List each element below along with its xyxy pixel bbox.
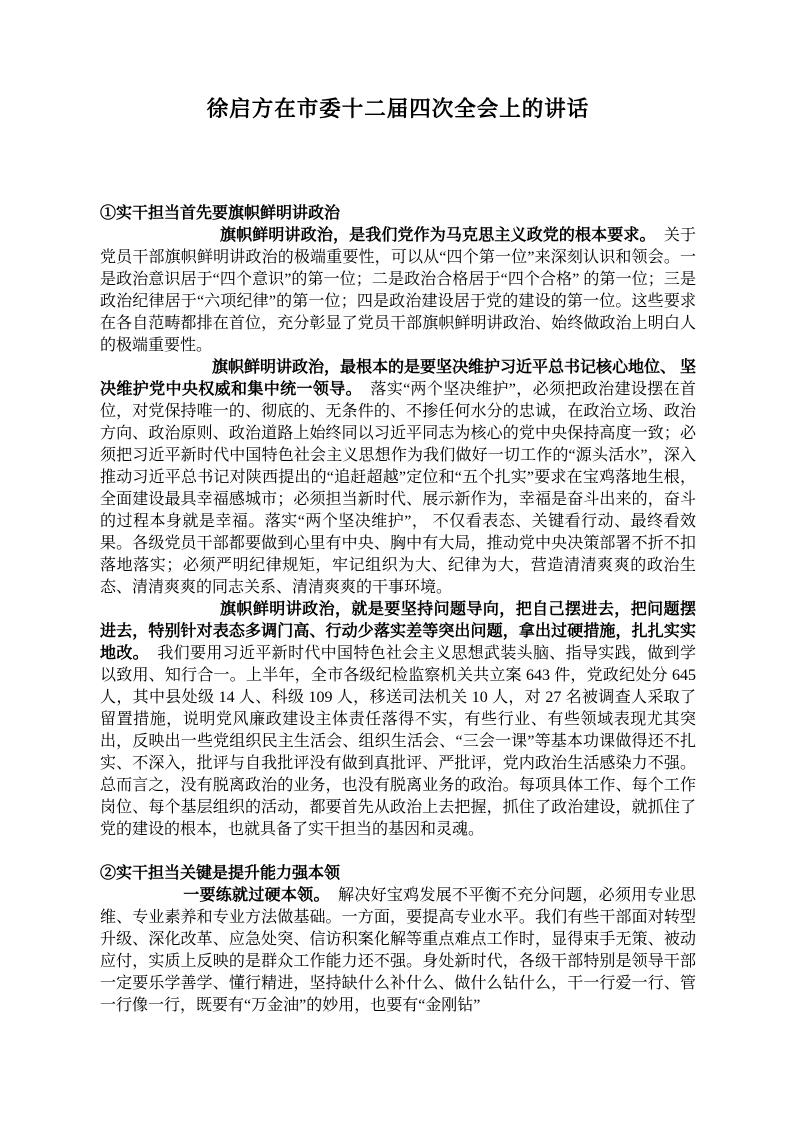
section-heading-1: ①实干担当首先要旗帜鲜明讲政治 xyxy=(100,203,696,225)
paragraph-lead: 一要练就过硬本领。 xyxy=(183,887,322,904)
section-heading-2: ②实干担当关键是提升能力强本领 xyxy=(100,863,696,885)
paragraph-body: 我们要用习近平新时代中国特色社会主义思想武装头脑、指导实践，做到学以致用、知行合… xyxy=(100,645,696,838)
paragraph-body: 解决好宝鸡发展不平衡不充分问题，必须用专业思维、专业素养和专业方法做基础。一方面… xyxy=(100,887,696,1014)
document-page: 徐启方在市委十二届四次全会上的讲话 ①实干担当首先要旗帜鲜明讲政治 旗帜鲜明讲政… xyxy=(0,0,794,1122)
paragraph: 旗帜鲜明讲政治，是我们党作为马克思主义政党的根本要求。 关于党员干部旗帜鲜明讲政… xyxy=(100,225,696,357)
paragraph: 一要练就过硬本领。 解决好宝鸡发展不平衡不充分问题，必须用专业思维、专业素养和专… xyxy=(100,885,696,1017)
document-content: 徐启方在市委十二届四次全会上的讲话 ①实干担当首先要旗帜鲜明讲政治 旗帜鲜明讲政… xyxy=(100,0,696,1017)
paragraph: 旗帜鲜明讲政治，最根本的是要坚决维护习近平总书记核心地位、 坚决维护党中央权威和… xyxy=(100,357,696,599)
paragraph-body: 落实“两个坚决维护”，必须把政治建设摆在首位，对党保持唯一的、彻底的、无条件的、… xyxy=(100,381,696,596)
paragraph-body: 关于党员干部旗帜鲜明讲政治的极端重要性，可以从“四个第一位”来深刻认识和领会。一… xyxy=(100,227,696,354)
document-title: 徐启方在市委十二届四次全会上的讲话 xyxy=(100,0,696,123)
paragraph: 旗帜鲜明讲政治，就是要坚持问题导向，把自己摆进去，把问题摆进去，特别针对表态多调… xyxy=(100,599,696,841)
paragraph-lead: 旗帜鲜明讲政治，是我们党作为马克思主义政党的根本要求。 xyxy=(220,227,648,244)
